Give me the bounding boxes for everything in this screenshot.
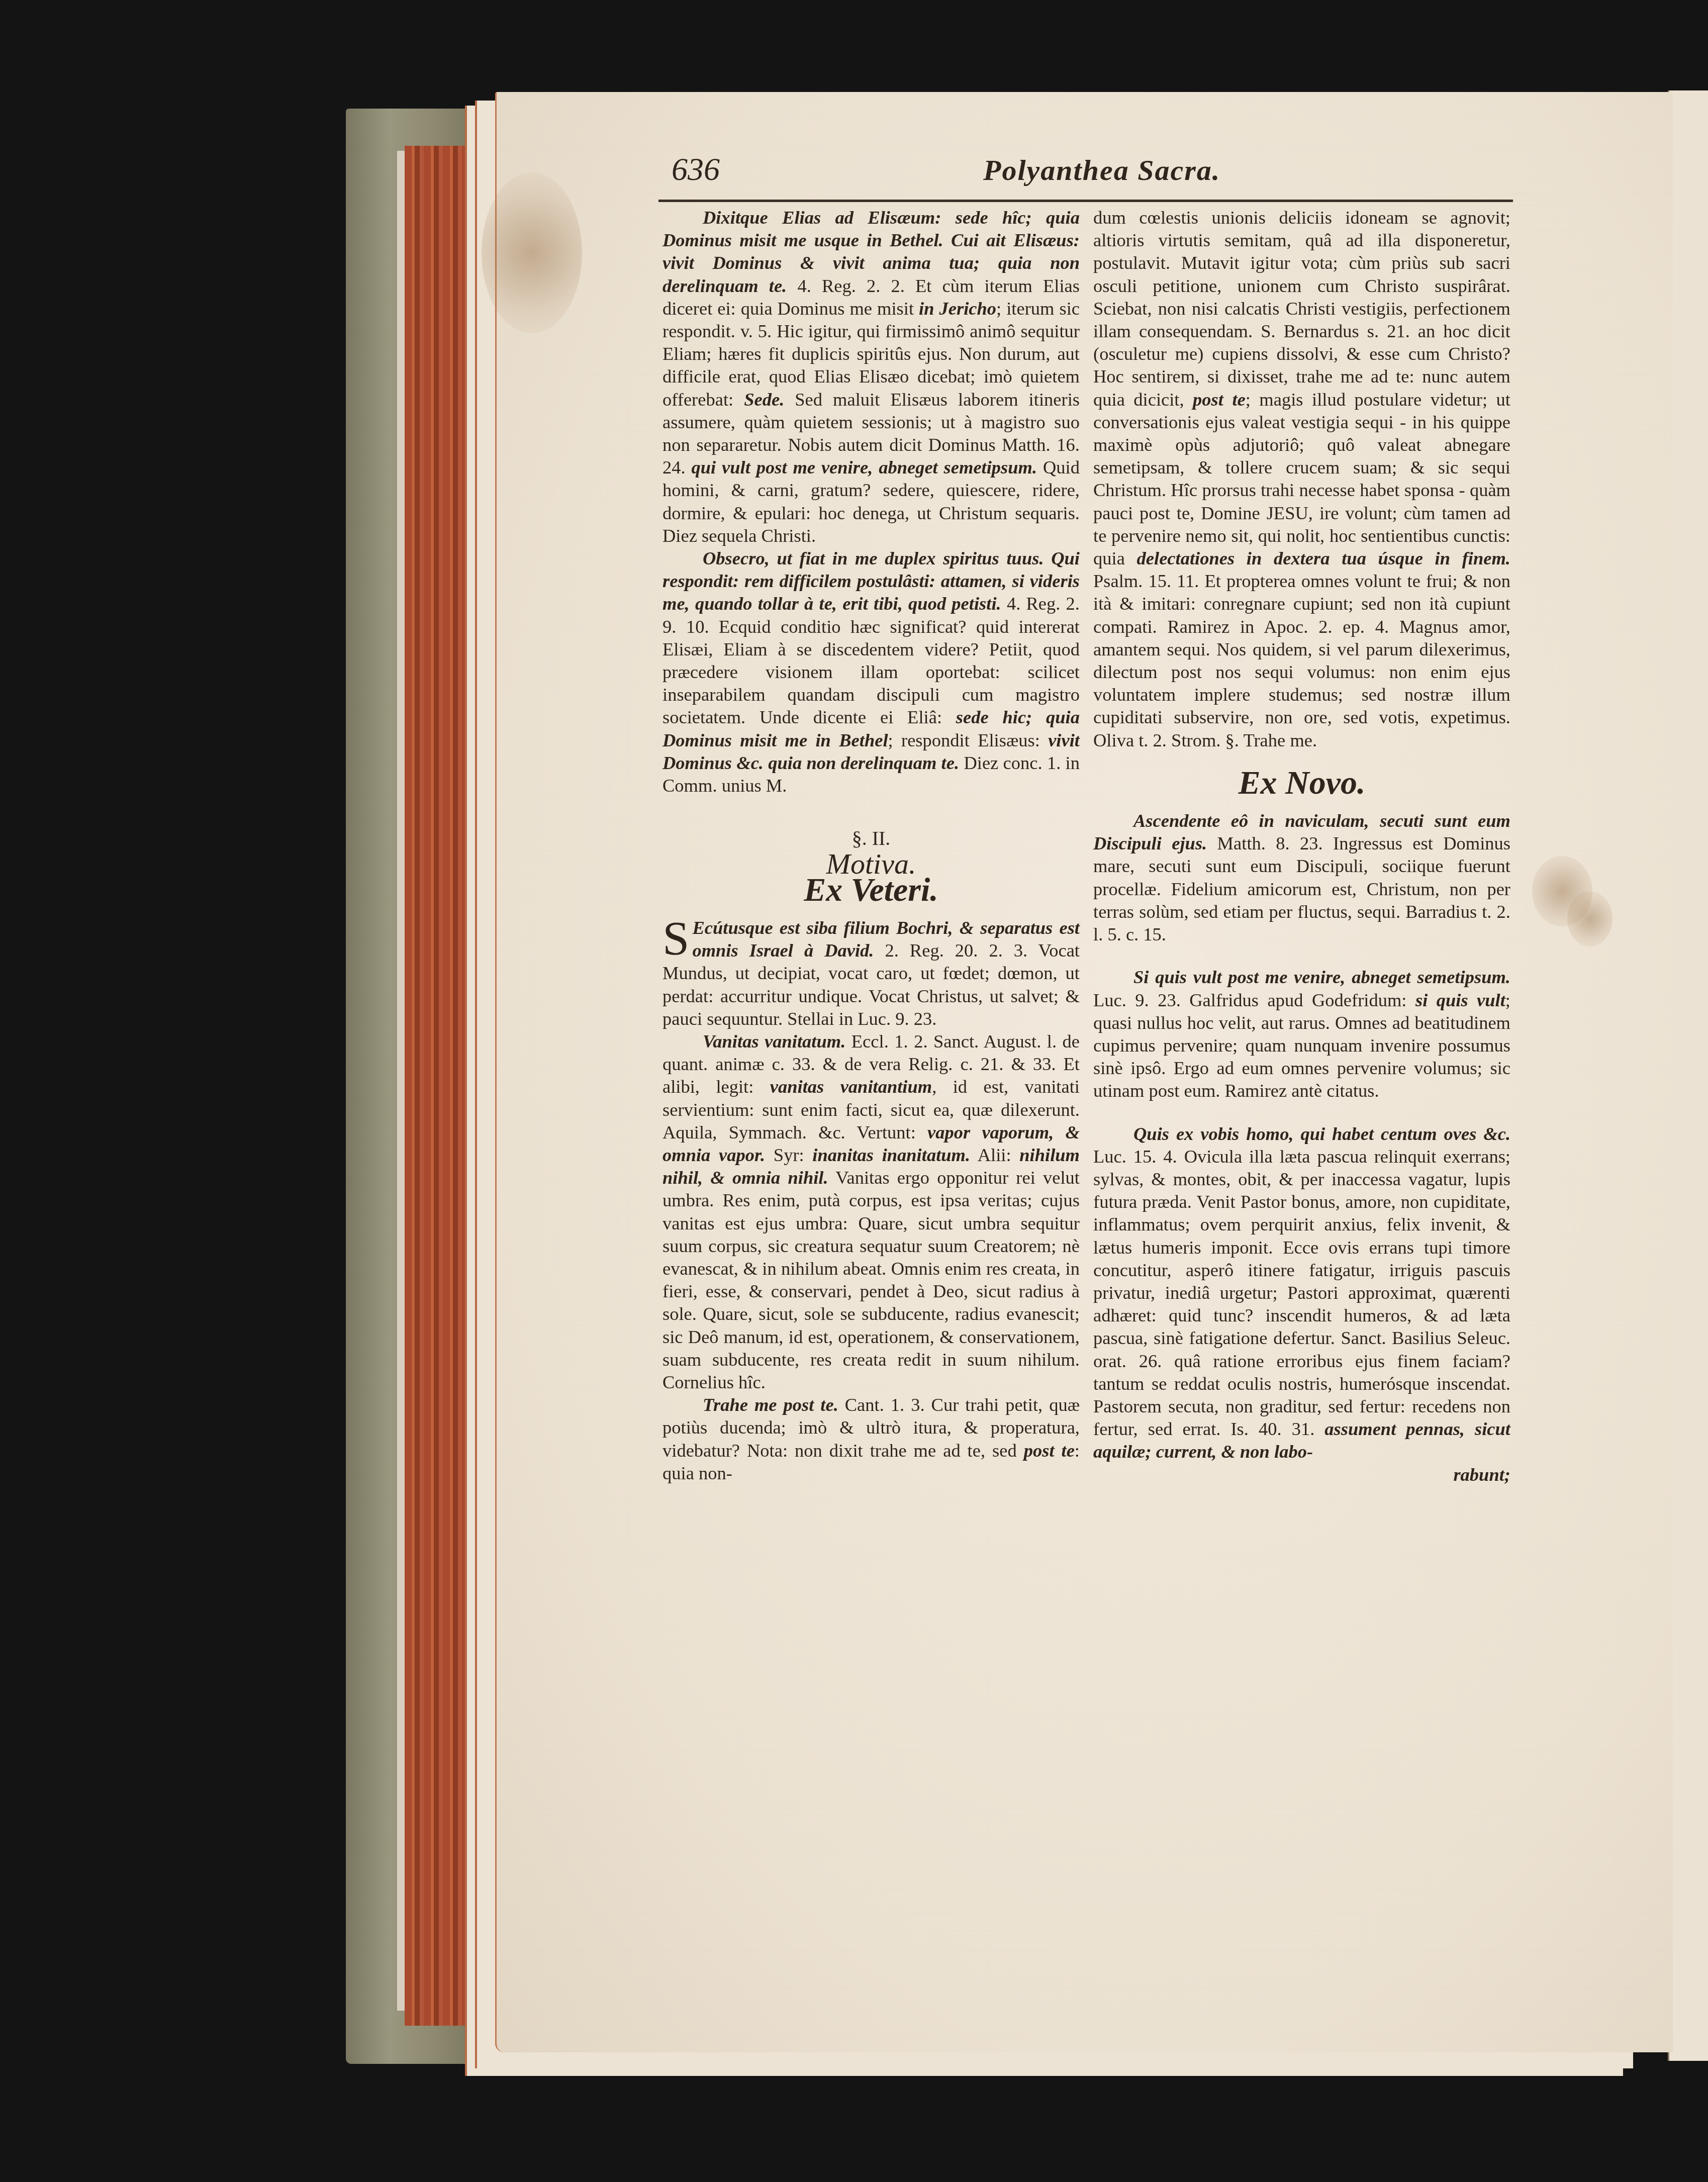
paragraph: Dixitque Elias ad Elisæum: sede hîc; qui… <box>662 206 1080 547</box>
italic-run: Vanitas vanitatum. <box>703 1031 845 1052</box>
italic-run: post te <box>1024 1440 1075 1461</box>
paragraph: Si quis vult post me venire, abneget sem… <box>1093 966 1510 1102</box>
italic-run: Si quis vult post me venire, abneget sem… <box>1133 967 1510 987</box>
text-run: Syr: <box>765 1145 812 1165</box>
section-number: §. II. <box>662 827 1080 849</box>
right-column: dum cœlestis unionis deliciis idoneam se… <box>1093 206 1510 1486</box>
foxing-stain <box>1567 891 1612 946</box>
italic-run: Trahe me post te. <box>703 1394 838 1415</box>
drop-cap: S <box>662 918 689 959</box>
italic-run: post te <box>1193 389 1246 410</box>
text-run: Vanitas ergo opponitur rei velut umbra. … <box>662 1167 1080 1392</box>
paragraph-with-dropcap: SEcútusque est siba filium Bochri, & sep… <box>662 916 1080 1030</box>
text-run: Alii: <box>970 1145 1019 1165</box>
text-run: Luc. 9. 23. Galfridus apud Godefridum: <box>1093 990 1415 1010</box>
italic-run: inanitas inanitatum. <box>812 1145 970 1165</box>
damp-stain <box>482 172 582 333</box>
italic-run: Sede. <box>744 389 784 410</box>
text-run: ; magis illud postulare videtur; ut conv… <box>1093 389 1510 568</box>
italic-run: vanitas vanitantium <box>770 1076 932 1097</box>
text-run: ; respondit Elisæus: <box>888 730 1049 750</box>
italic-run: delectationes in dextera tua úsque in fi… <box>1137 548 1510 568</box>
facing-page-edge <box>1668 90 1708 2061</box>
header-rule <box>658 200 1513 202</box>
page-number: 636 <box>672 151 720 188</box>
paragraph-continuation: dum cœlestis unionis deliciis idoneam se… <box>1093 206 1510 751</box>
catchword: rabunt; <box>1093 1463 1510 1486</box>
text-run: Luc. 15. 4. Ovicula illa læta pascua rel… <box>1093 1146 1510 1439</box>
paragraph: Quis ex vobis homo, qui habet centum ove… <box>1093 1122 1510 1463</box>
paragraph: Ascendente eô in naviculam, secuti sunt … <box>1093 809 1510 945</box>
paragraph: Obsecro, ut fiat in me duplex spiritus t… <box>662 547 1080 797</box>
paragraph-body: Ecútusque est siba filium Bochri, & sepa… <box>662 917 1080 1029</box>
left-column: Dixitque Elias ad Elisæum: sede hîc; qui… <box>662 206 1080 1484</box>
paragraph: Trahe me post te. Cant. 1. 3. Cur trahi … <box>662 1393 1080 1484</box>
paragraph: Vanitas vanitatum. Eccl. 1. 2. Sanct. Au… <box>662 1030 1080 1393</box>
text-run: dum cœlestis unionis deliciis idoneam se… <box>1093 207 1510 410</box>
running-title: Polyanthea Sacra. <box>983 153 1220 187</box>
subsection-heading: Ex Veteri. <box>662 879 1080 901</box>
text-run: Psalm. 15. 11. Et propterea omnes volunt… <box>1093 571 1510 750</box>
italic-run: in Jericho <box>919 298 996 319</box>
italic-run: qui vult post me venire, abneget semetip… <box>692 457 1037 478</box>
red-sprinkled-page-edges <box>405 146 475 2026</box>
italic-run: Quis ex vobis homo, qui habet centum ove… <box>1133 1123 1510 1144</box>
section-heading: Ex Novo. <box>1093 772 1510 794</box>
page-header: 636 Polyanthea Sacra. <box>672 151 1511 196</box>
italic-run: si quis vult <box>1415 990 1505 1010</box>
